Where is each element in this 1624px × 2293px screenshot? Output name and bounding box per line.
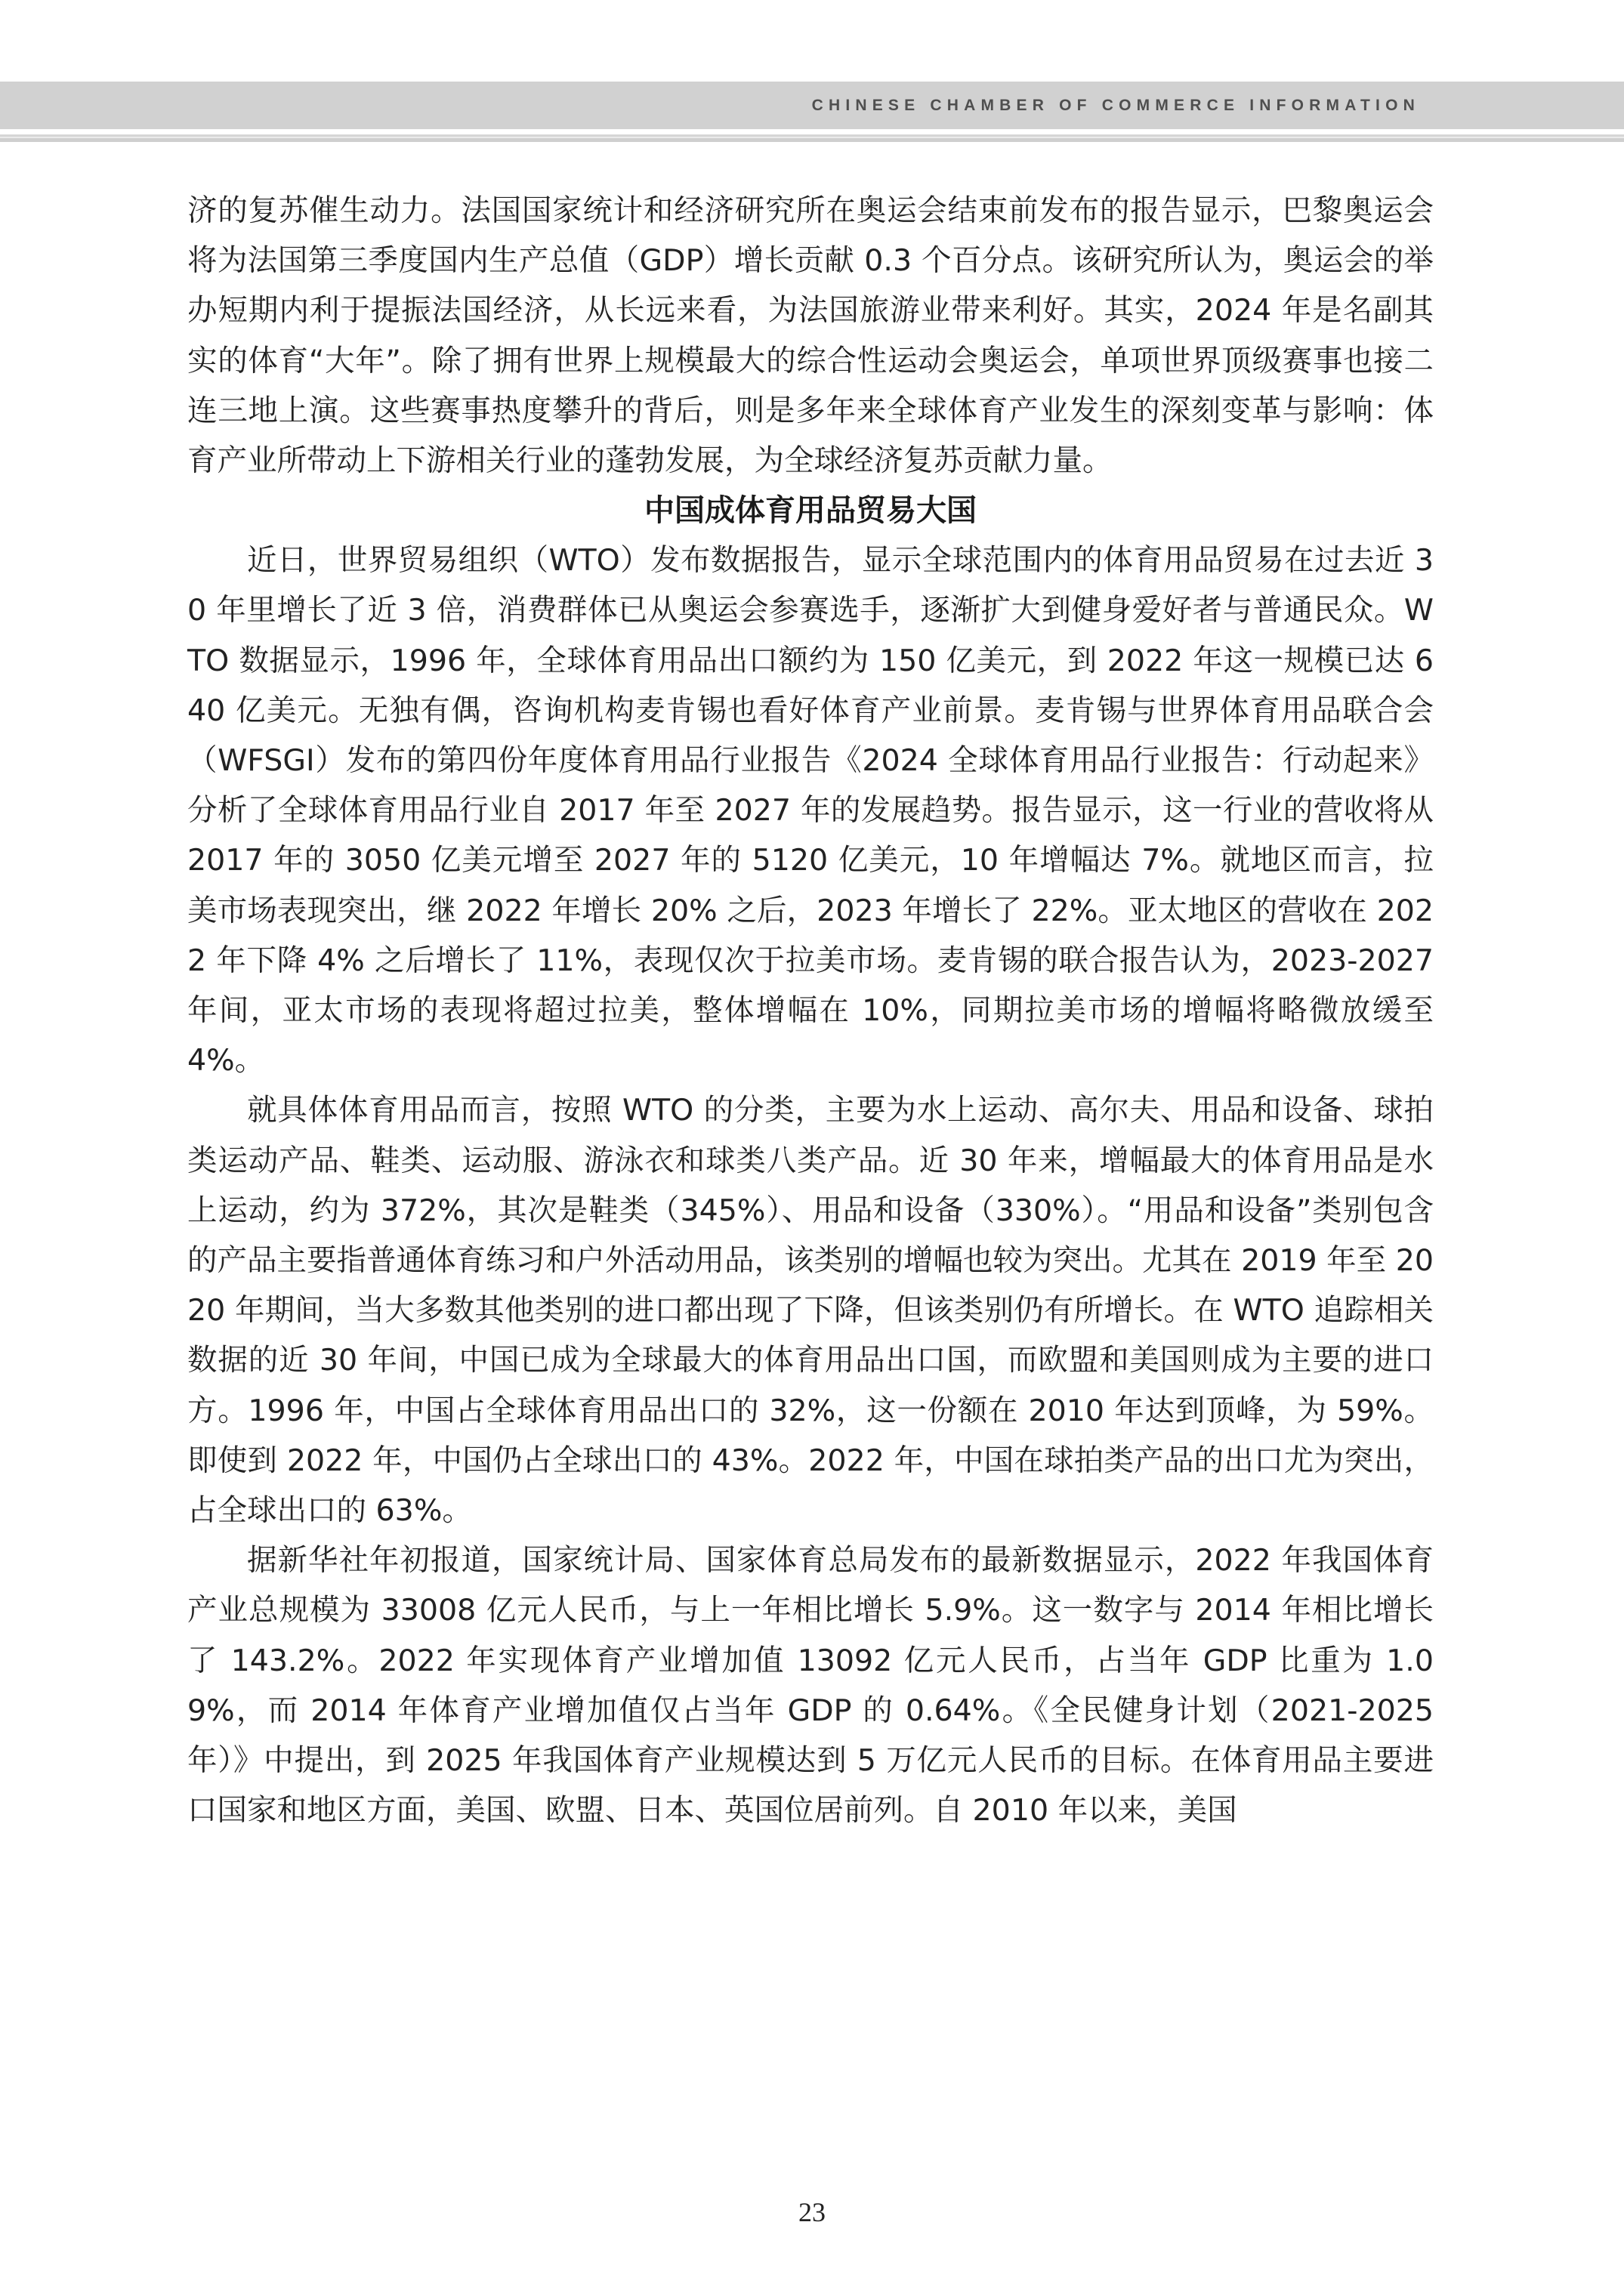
paragraph-wto-report: 近日，世界贸易组织（WTO）发布数据报告，显示全球范围内的体育用品贸易在过去近 …	[187, 535, 1434, 1085]
page-number: 23	[0, 2196, 1624, 2228]
article-body: 济的复苏催生动力。法国国家统计和经济研究所在奥运会结束前发布的报告显示，巴黎奥运…	[187, 186, 1434, 1836]
header-divider	[0, 134, 1624, 142]
paragraph-continued: 济的复苏催生动力。法国国家统计和经济研究所在奥运会结束前发布的报告显示，巴黎奥运…	[187, 186, 1434, 486]
publication-title: CHINESE CHAMBER OF COMMERCE INFORMATION	[812, 97, 1420, 115]
section-heading: 中国成体育用品贸易大国	[187, 486, 1434, 535]
paragraph-product-categories: 就具体体育用品而言，按照 WTO 的分类，主要为水上运动、高尔夫、用品和设备、球…	[187, 1085, 1434, 1535]
header-band: CHINESE CHAMBER OF COMMERCE INFORMATION	[0, 82, 1624, 129]
paragraph-china-sports-industry: 据新华社年初报道，国家统计局、国家体育总局发布的最新数据显示，2022 年我国体…	[187, 1535, 1434, 1835]
